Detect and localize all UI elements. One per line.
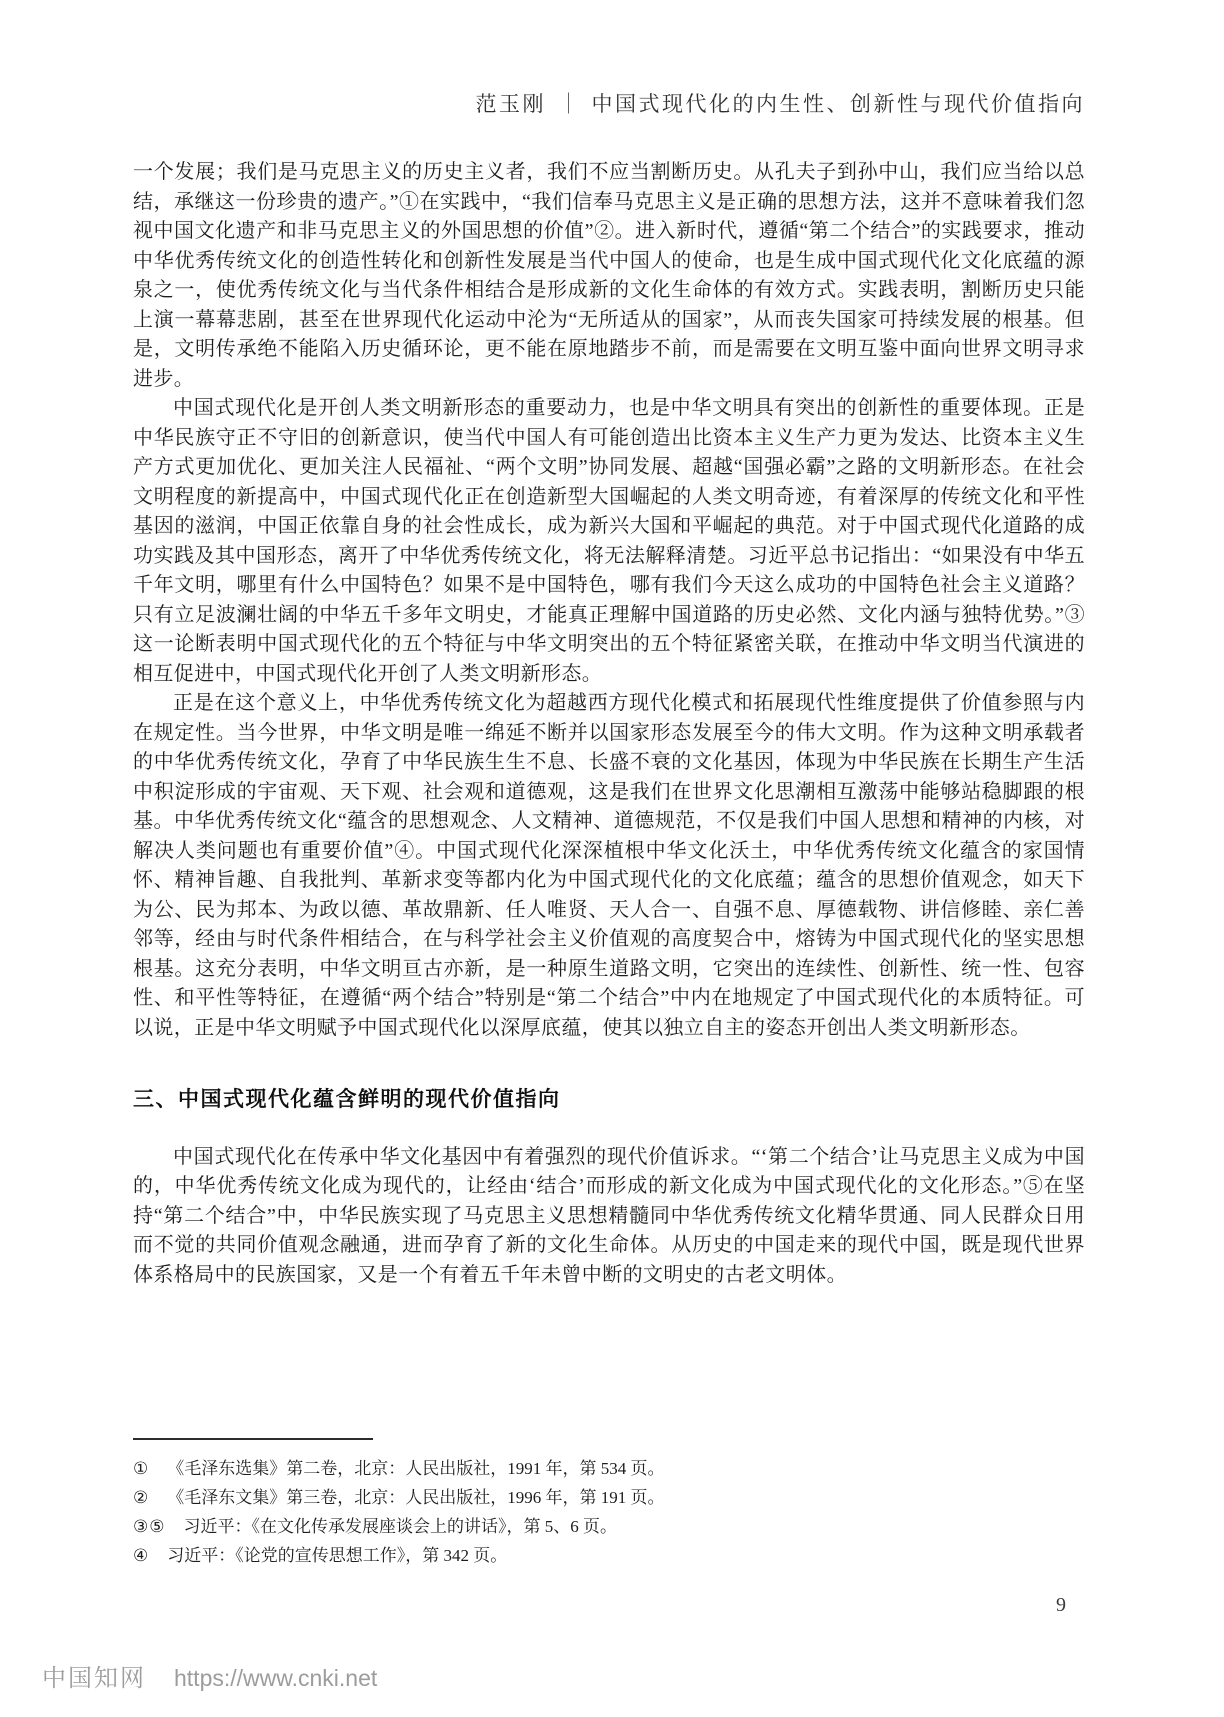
cnki-url: https://www.cnki.net <box>174 1665 377 1692</box>
page-number: 9 <box>1056 1594 1066 1617</box>
footnotes-block: ① 《毛泽东选集》第二卷，北京：人民出版社，1991 年，第 534 页。 ② … <box>133 1438 1085 1570</box>
footnote-item: ① 《毛泽东选集》第二卷，北京：人民出版社，1991 年，第 534 页。 <box>133 1454 1085 1483</box>
footnote-text: 《毛泽东文集》第三卷，北京：人民出版社，1996 年，第 191 页。 <box>167 1483 1085 1512</box>
section-heading-3: 三、中国式现代化蕴含鲜明的现代价值指向 <box>133 1085 1085 1115</box>
running-header: 范玉刚｜中国式现代化的内生性、创新性与现代价值指向 <box>133 88 1085 118</box>
footnote-text: 《毛泽东选集》第二卷，北京：人民出版社，1991 年，第 534 页。 <box>167 1454 1085 1483</box>
footnote-text: 习近平：《论党的宣传思想工作》，第 342 页。 <box>167 1541 1085 1570</box>
footnote-item: ④ 习近平：《论党的宣传思想工作》，第 342 页。 <box>133 1541 1085 1570</box>
footnote-item: ③⑤ 习近平：《在文化传承发展座谈会上的讲话》，第 5、6 页。 <box>133 1512 1085 1541</box>
footnote-marker: ① <box>133 1454 149 1483</box>
running-header-title: 中国式现代化的内生性、创新性与现代价值指向 <box>592 93 1086 116</box>
footnote-marker: ② <box>133 1483 149 1512</box>
article-body: 一个发展；我们是马克思主义的历史主义者，我们不应当割断历史。从孔夫子到孙中山，我… <box>133 158 1085 1290</box>
footnote-text: 习近平：《在文化传承发展座谈会上的讲话》，第 5、6 页。 <box>183 1512 1085 1541</box>
cnki-watermark: 中国知网 https://www.cnki.net <box>42 1658 377 1693</box>
paragraph-3: 正是在这个意义上，中华优秀传统文化为超越西方现代化模式和拓展现代性维度提供了价值… <box>133 689 1085 1043</box>
paragraph-2: 中国式现代化是开创人类文明新形态的重要动力，也是中华文明具有突出的创新性的重要体… <box>133 394 1085 689</box>
footnote-item: ② 《毛泽东文集》第三卷，北京：人民出版社，1996 年，第 191 页。 <box>133 1483 1085 1512</box>
footnote-marker: ④ <box>133 1541 149 1570</box>
paragraph-continuation: 一个发展；我们是马克思主义的历史主义者，我们不应当割断历史。从孔夫子到孙中山，我… <box>133 158 1085 394</box>
footnote-divider <box>133 1438 373 1440</box>
footnote-marker: ③⑤ <box>133 1512 165 1541</box>
paragraph-4: 中国式现代化在传承中华文化基因中有着强烈的现代价值诉求。“‘第二个结合’让马克思… <box>133 1143 1085 1291</box>
cnki-brand-label: 中国知网 <box>42 1658 146 1693</box>
running-header-separator: ｜ <box>558 93 582 116</box>
running-header-author: 范玉刚 <box>476 93 547 116</box>
